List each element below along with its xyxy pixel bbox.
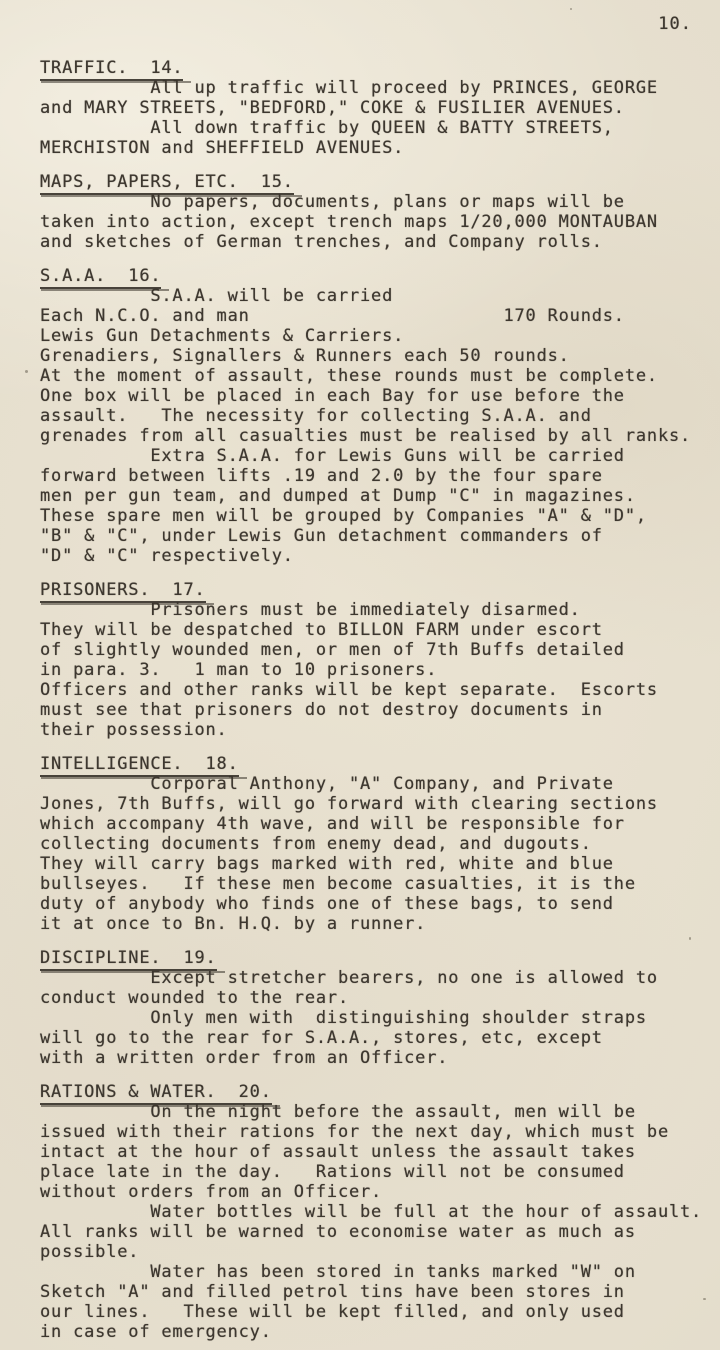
- text-line: They will carry bags marked with red, wh…: [40, 854, 714, 874]
- text-line: "D" & "C" respectively.: [40, 546, 714, 566]
- text-line: it at once to Bn. H.Q. by a runner.: [40, 914, 714, 934]
- text-line: Sketch "A" and filled petrol tins have b…: [40, 1282, 714, 1302]
- text-line: grenades from all casualties must be rea…: [40, 426, 714, 446]
- document-section: MAPS, PAPERS, ETC. 15. No papers, docume…: [40, 172, 714, 252]
- text-line: issued with their rations for the next d…: [40, 1122, 714, 1142]
- paper-speck: [570, 8, 572, 10]
- text-line: with a written order from an Officer.: [40, 1048, 714, 1068]
- document-page: 10. TRAFFIC. 14. All up traffic will pro…: [0, 0, 720, 1350]
- text-line: Lewis Gun Detachments & Carriers.: [40, 326, 714, 346]
- document-section: RATIONS & WATER. 20. On the night before…: [40, 1082, 714, 1342]
- text-line: possible.: [40, 1242, 714, 1262]
- text-line: They will be despatched to BILLON FARM u…: [40, 620, 714, 640]
- section-heading-row: S.A.A. 16.: [40, 266, 714, 286]
- document-section: DISCIPLINE. 19. Except stretcher bearers…: [40, 948, 714, 1068]
- text-line: duty of anybody who finds one of these b…: [40, 894, 714, 914]
- text-line: MERCHISTON and SHEFFIELD AVENUES.: [40, 138, 714, 158]
- text-line: which accompany 4th wave, and will be re…: [40, 814, 714, 834]
- text-line: Water has been stored in tanks marked "W…: [40, 1262, 714, 1282]
- text-line: will go to the rear for S.A.A., stores, …: [40, 1028, 714, 1048]
- section-heading: INTELLIGENCE. 18.: [40, 754, 239, 777]
- text-line: our lines. These will be kept filled, an…: [40, 1302, 714, 1322]
- text-line: bullseyes. If these men become casualtie…: [40, 874, 714, 894]
- paper-speck: [25, 370, 28, 373]
- text-line: These spare men will be grouped by Compa…: [40, 506, 714, 526]
- text-line: without orders from an Officer.: [40, 1182, 714, 1202]
- text-line: and MARY STREETS, "BEDFORD," COKE & FUSI…: [40, 98, 714, 118]
- text-line: men per gun team, and dumped at Dump "C"…: [40, 486, 714, 506]
- page-number: 10.: [658, 14, 692, 34]
- text-line: Only men with distinguishing shoulder st…: [40, 1008, 714, 1028]
- text-line: in case of emergency.: [40, 1322, 714, 1342]
- text-line: in para. 3. 1 man to 10 prisoners.: [40, 660, 714, 680]
- document-section: PRISONERS. 17. Prisoners must be immedia…: [40, 580, 714, 740]
- section-heading-row: INTELLIGENCE. 18.: [40, 754, 714, 774]
- text-line: must see that prisoners do not destroy d…: [40, 700, 714, 720]
- text-line: All ranks will be warned to economise wa…: [40, 1222, 714, 1242]
- text-line: place late in the day. Rations will not …: [40, 1162, 714, 1182]
- text-line: At the moment of assault, these rounds m…: [40, 366, 714, 386]
- section-heading-row: DISCIPLINE. 19.: [40, 948, 714, 968]
- text-line: Each N.C.O. and man 170 Rounds.: [40, 306, 714, 326]
- document-section: TRAFFIC. 14. All up traffic will proceed…: [40, 58, 714, 158]
- section-heading: S.A.A. 16.: [40, 266, 161, 289]
- text-line: One box will be placed in each Bay for u…: [40, 386, 714, 406]
- text-line: their possession.: [40, 720, 714, 740]
- section-heading: PRISONERS. 17.: [40, 580, 206, 603]
- text-line: intact at the hour of assault unless the…: [40, 1142, 714, 1162]
- paper-speck: [703, 1298, 706, 1300]
- section-heading-row: PRISONERS. 17.: [40, 580, 714, 600]
- document-section: INTELLIGENCE. 18. Corporal Anthony, "A" …: [40, 754, 714, 934]
- text-line: Jones, 7th Buffs, will go forward with c…: [40, 794, 714, 814]
- section-heading-row: MAPS, PAPERS, ETC. 15.: [40, 172, 714, 192]
- paper-speck: [689, 937, 691, 940]
- text-line: forward between lifts .19 and 2.0 by the…: [40, 466, 714, 486]
- section-heading: DISCIPLINE. 19.: [40, 948, 217, 971]
- text-line: Water bottles will be full at the hour o…: [40, 1202, 714, 1222]
- text-line: Officers and other ranks will be kept se…: [40, 680, 714, 700]
- text-line: assault. The necessity for collecting S.…: [40, 406, 714, 426]
- section-heading: RATIONS & WATER. 20.: [40, 1082, 272, 1105]
- text-line: and sketches of German trenches, and Com…: [40, 232, 714, 252]
- text-line: All down traffic by QUEEN & BATTY STREET…: [40, 118, 714, 138]
- section-heading-row: TRAFFIC. 14.: [40, 58, 714, 78]
- document-section: S.A.A. 16. S.A.A. will be carriedEach N.…: [40, 266, 714, 566]
- text-line: taken into action, except trench maps 1/…: [40, 212, 714, 232]
- text-line: collecting documents from enemy dead, an…: [40, 834, 714, 854]
- text-line: "B" & "C", under Lewis Gun detachment co…: [40, 526, 714, 546]
- text-line: conduct wounded to the rear.: [40, 988, 714, 1008]
- document-sections: TRAFFIC. 14. All up traffic will proceed…: [40, 58, 714, 1342]
- section-heading: MAPS, PAPERS, ETC. 15.: [40, 172, 294, 195]
- section-heading: TRAFFIC. 14.: [40, 58, 183, 81]
- text-line: of slightly wounded men, or men of 7th B…: [40, 640, 714, 660]
- text-line: Grenadiers, Signallers & Runners each 50…: [40, 346, 714, 366]
- section-heading-row: RATIONS & WATER. 20.: [40, 1082, 714, 1102]
- text-line: Extra S.A.A. for Lewis Guns will be carr…: [40, 446, 714, 466]
